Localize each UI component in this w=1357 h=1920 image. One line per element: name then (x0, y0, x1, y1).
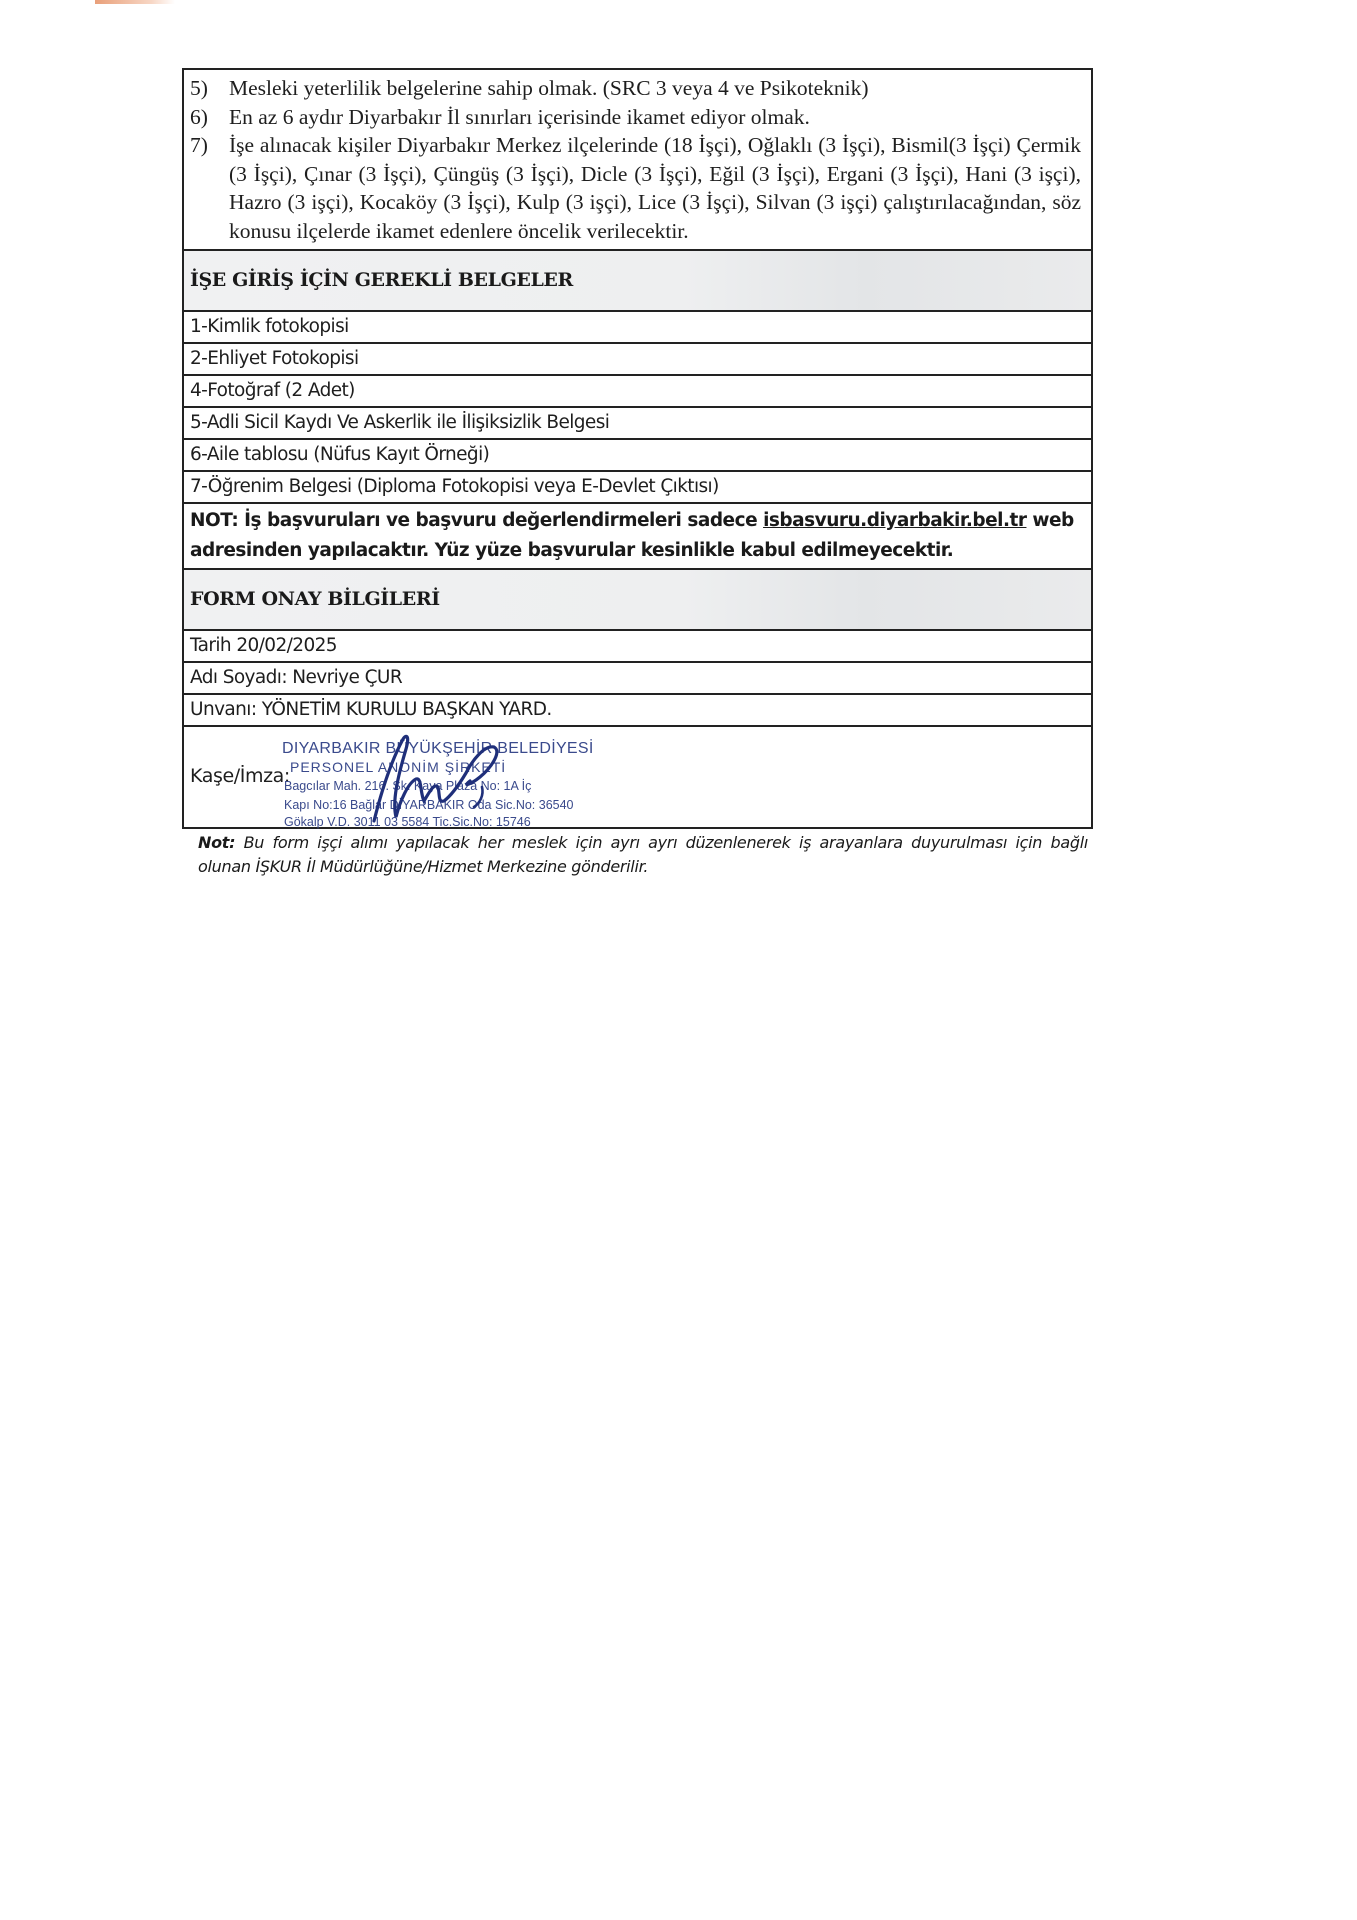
requirement-text: Mesleki yeterlilik belgelerine sahip olm… (229, 74, 1081, 103)
approval-section-title: FORM ONAY BİLGİLERİ (184, 568, 1091, 629)
document-item: 7-Öğrenim Belgesi (Diploma Fotokopisi ve… (184, 470, 1091, 502)
stamp-signature-row: Kaşe/İmza: DIYARBAKIR BÜYÜKŞEHİR BELEDİY… (184, 725, 1091, 829)
form-page: 5) Mesleki yeterlilik belgelerine sahip … (182, 68, 1093, 879)
footnote: Not: Bu form işçi alımı yapılacak her me… (182, 831, 1088, 879)
application-website-link[interactable]: isbasvuru.diyarbakir.bel.tr (763, 510, 1026, 531)
document-item: 1-Kimlik fotokopisi (184, 310, 1091, 342)
requirement-item: 5) Mesleki yeterlilik belgelerine sahip … (190, 74, 1081, 103)
requirement-text: En az 6 aydır Diyarbakır İl sınırları iç… (229, 103, 1081, 132)
document-item: 6-Aile tablosu (Nüfus Kayıt Örneği) (184, 438, 1091, 470)
stamp-line: Bagcılar Mah. 216. Sk. Kaya Plaza No: 1A… (282, 777, 594, 796)
footnote-label: Not: (198, 833, 235, 852)
stamp-line: Gökalp V.D. 3011 03 5584 Tic.Sic.No: 157… (282, 813, 594, 832)
requirement-item: 7) İşe alınacak kişiler Diyarbakır Merke… (190, 131, 1081, 245)
document-item: 4-Fotoğraf (2 Adet) (184, 374, 1091, 406)
approver-name: Adı Soyadı: Nevriye ÇUR (184, 661, 1091, 693)
stamp-line: PERSONEL ANONİM ŞİRKETİ (282, 758, 594, 777)
note-prefix: NOT: İş başvuruları ve başvuru değerlend… (190, 510, 763, 531)
footnote-text: Bu form işçi alımı yapılacak her meslek … (198, 833, 1088, 876)
documents-section-title: İŞE GİRİŞ İÇİN GEREKLİ BELGELER (184, 249, 1091, 310)
requirement-number: 6) (190, 103, 229, 132)
application-note: NOT: İş başvuruları ve başvuru değerlend… (184, 502, 1091, 568)
approval-date: Tarih 20/02/2025 (184, 629, 1091, 661)
scan-edge-mark (95, 0, 175, 4)
requirement-number: 7) (190, 131, 229, 245)
stamp-line: DIYARBAKIR BÜYÜKŞEHİR BELEDİYESİ (282, 739, 594, 758)
requirement-number: 5) (190, 74, 229, 103)
approver-title: Unvanı: YÖNETİM KURULU BAŞKAN YARD. (184, 693, 1091, 725)
document-item: 5-Adli Sicil Kaydı Ve Askerlik ile İlişi… (184, 406, 1091, 438)
stamp-signature-label: Kaşe/İmza: (190, 765, 290, 787)
document-item: 2-Ehliyet Fotokopisi (184, 342, 1091, 374)
requirement-item: 6) En az 6 aydır Diyarbakır İl sınırları… (190, 103, 1081, 132)
requirement-text: İşe alınacak kişiler Diyarbakır Merkez i… (229, 131, 1081, 245)
requirements-list: 5) Mesleki yeterlilik belgelerine sahip … (184, 70, 1091, 249)
form-table: 5) Mesleki yeterlilik belgelerine sahip … (182, 68, 1093, 829)
company-stamp: DIYARBAKIR BÜYÜKŞEHİR BELEDİYESİ PERSONE… (282, 739, 594, 832)
